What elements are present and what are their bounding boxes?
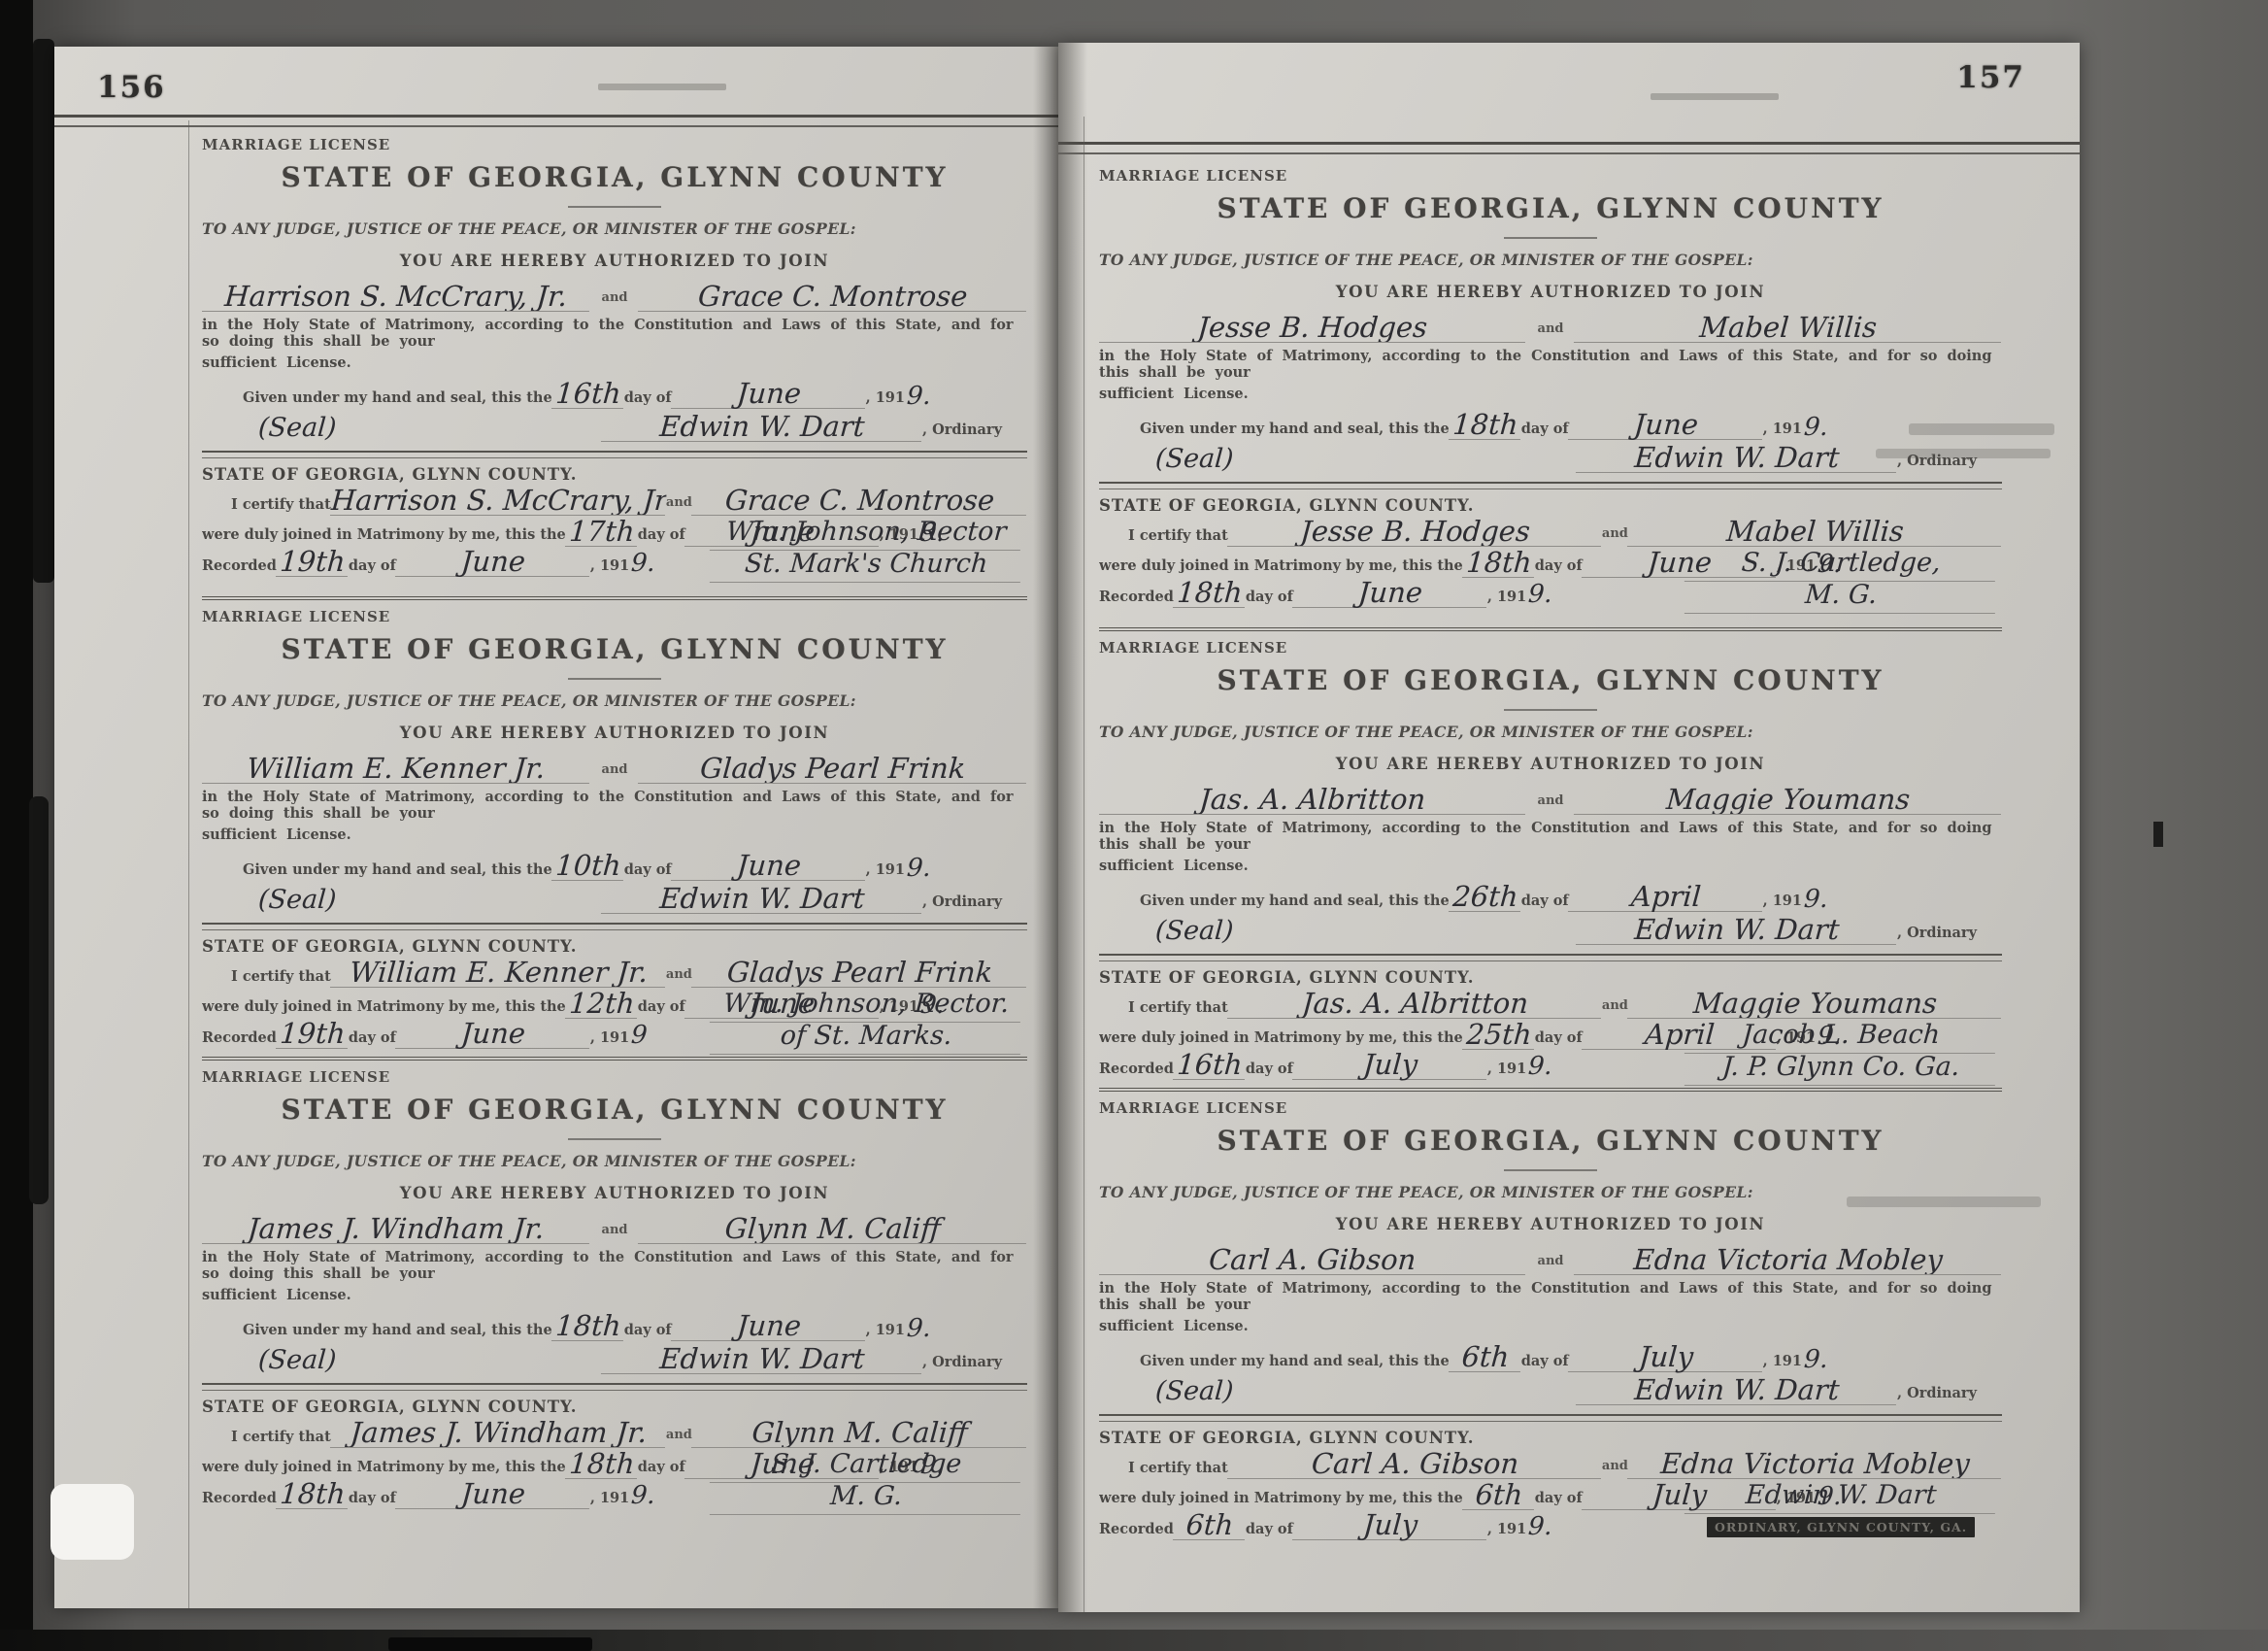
marriage-record: MARRIAGE LICENSE STATE OF GEORGIA, GLYNN… [202,136,1027,596]
authorization-line: YOU ARE HEREBY AUTHORIZED TO JOIN [202,252,1027,270]
and-label: and [1538,793,1564,815]
authorization-line: YOU ARE HEREBY AUTHORIZED TO JOIN [1099,755,2002,773]
certification-body: I certify that Jesse B. Hodges and Mabel… [1099,517,2002,608]
recorded-label: Recorded [202,1029,277,1050]
marriage-record: MARRIAGE LICENSE STATE OF GEORGIA, GLYNN… [1099,1088,2002,1548]
year-printed: , 191 [1487,589,1526,609]
ordinary-label: , Ordinary [922,421,1002,442]
license-year-digit: 9. [1801,887,1829,913]
day-of-label: day of [1521,1353,1569,1373]
heading-rule [568,1138,661,1140]
seal-mark: (Seal) [1154,446,1234,473]
day-of-label: day of [638,1459,685,1479]
day-of-label: day of [638,526,685,547]
day-of-label: day of [1535,1029,1583,1050]
recorded-date-line: Recorded 18th day of June , 191 9. [202,1479,697,1509]
officiant-signature-block: S. J. Cartledge M. G. [711,1451,1021,1515]
page-number-right: 157 [1956,60,2025,95]
couple-names-row: William E. Kenner Jr. and Gladys Pearl F… [202,754,1027,784]
year-printed: , 191 [866,389,905,410]
given-label: Given under my hand and seal, this the [202,861,552,882]
officiant-signature-block: Wm. Johnson, Rector St. Mark's Church [711,519,1021,583]
day-of-label: day of [349,1029,396,1050]
certify-label: I certify that [1099,1460,1228,1480]
section-divider-rule [1099,1414,2002,1422]
page-left-records: MARRIAGE LICENSE STATE OF GEORGIA, GLYNN… [202,136,1027,1517]
license-year-digit: 9. [1801,415,1829,441]
bride-name-certified: Gladys Pearl Frink [691,958,1027,988]
marriage-record: MARRIAGE LICENSE STATE OF GEORGIA, GLYNN… [1099,627,2002,1088]
license-day: 16th [551,379,625,409]
and-label: and [1538,321,1564,343]
recorded-day: 18th [1173,578,1247,608]
license-year-digit: 9. [1801,1347,1829,1373]
marriage-license-label: MARRIAGE LICENSE [1099,639,2002,657]
ordinary-signature: Edwin W. Dart [1576,443,1898,473]
certify-line: I certify that Harrison S. McCrary, Jr. … [202,486,1027,516]
recorded-month: June [1292,578,1488,608]
given-label: Given under my hand and seal, this the [1099,893,1450,913]
and-label: and [1602,526,1628,548]
recorded-label: Recorded [1099,1061,1174,1081]
record-heading: STATE OF GEORGIA, GLYNN COUNTY [202,161,1027,193]
section-divider-rule [1099,482,2002,489]
ordinary-label: , Ordinary [922,893,1002,914]
marriage-record: MARRIAGE LICENSE STATE OF GEORGIA, GLYNN… [202,1057,1027,1517]
officiant-signature: Wm. Johnson, Rector. [710,991,1022,1023]
recorded-label: Recorded [202,1490,277,1510]
year-printed: , 191 [1487,1061,1526,1081]
day-of-label: day of [1246,1061,1293,1081]
day-of-label: day of [624,861,672,882]
license-day: 26th [1449,882,1522,912]
license-day: 18th [551,1311,625,1341]
recorded-year-digit: 9. [628,1483,656,1509]
recorded-year-digit: 9. [628,551,656,577]
groom-name: Jesse B. Hodges [1099,313,1527,343]
officiant-title: J. P. Glynn Co. Ga. [1684,1054,1997,1086]
groom-name-certified: Jas. A. Albritton [1227,989,1603,1019]
record-heading: STATE OF GEORGIA, GLYNN COUNTY [202,1094,1027,1126]
year-printed: , 191 [590,1029,629,1050]
printer-mark [1651,93,1779,100]
day-of-label: day of [349,557,396,578]
ordinary-signature: Edwin W. Dart [601,884,923,914]
given-label: Given under my hand and seal, this the [202,389,552,410]
marriage-date-line: were duly joined in Matrimony by me, thi… [1099,1020,1750,1050]
seal-mark: (Seal) [1154,918,1234,945]
day-of-label: day of [624,389,672,410]
given-label: Given under my hand and seal, this the [1099,1353,1450,1373]
and-label: and [1538,1254,1564,1275]
bride-name-certified: Glynn M. Califf [691,1418,1027,1448]
year-printed: , 191 [1763,421,1802,441]
certify-line: I certify that Jas. A. Albritton and Mag… [1099,989,2002,1019]
matrimony-clause: in the Holy State of Matrimony, accordin… [202,317,1027,350]
section-divider-rule [202,1383,1027,1391]
couple-names-row: Jas. A. Albritton and Maggie Youmans [1099,785,2002,815]
section-divider-rule [202,923,1027,930]
license-year-digit: 9. [904,856,932,882]
seal-mark: (Seal) [257,1347,337,1374]
record-heading: STATE OF GEORGIA, GLYNN COUNTY [1099,664,2002,696]
groom-name-certified: Harrison S. McCrary, Jr. [330,486,667,516]
year-printed: , 191 [866,1322,905,1342]
certification-heading: STATE OF GEORGIA, GLYNN COUNTY. [202,937,1027,956]
sufficient-license-clause: sufficient License. [1099,386,2002,402]
recorded-day: 19th [276,547,350,577]
certify-line: I certify that Jesse B. Hodges and Mabel… [1099,517,2002,547]
seal-signature-row: (Seal) Edwin W. Dart , Ordinary [1099,443,2002,473]
salutation-line: TO ANY JUDGE, JUSTICE OF THE PEACE, OR M… [1099,723,2002,741]
bride-name-certified: Mabel Willis [1627,517,2002,547]
seal-mark: (Seal) [257,887,337,914]
license-date-line: Given under my hand and seal, this the 6… [1099,1342,2002,1372]
certify-label: I certify that [202,1429,331,1449]
certification-body: I certify that Jas. A. Albritton and Mag… [1099,989,2002,1080]
bride-name: Grace C. Montrose [638,282,1027,312]
marriage-license-label: MARRIAGE LICENSE [202,136,1027,153]
license-day: 18th [1449,410,1522,440]
certification-body: I certify that James J. Windham Jr. and … [202,1418,1027,1509]
bride-name: Maggie Youmans [1574,785,2002,815]
and-label: and [1602,998,1628,1020]
groom-name: James J. Windham Jr. [202,1214,591,1244]
couple-names-row: Harrison S. McCrary, Jr. and Grace C. Mo… [202,282,1027,312]
marriage-license-label: MARRIAGE LICENSE [1099,167,2002,185]
recorded-day: 16th [1173,1050,1247,1080]
married-day: 25th [1462,1020,1536,1050]
certify-label: I certify that [1099,999,1228,1020]
seal-signature-row: (Seal) Edwin W. Dart , Ordinary [1099,915,2002,945]
married-day: 18th [565,1449,639,1479]
film-edge-artifact [0,0,33,1651]
and-label: and [666,1428,692,1449]
bride-name-certified: Grace C. Montrose [691,486,1027,516]
authorization-line: YOU ARE HEREBY AUTHORIZED TO JOIN [1099,1215,2002,1233]
certify-label: I certify that [1099,527,1228,548]
authorization-line: YOU ARE HEREBY AUTHORIZED TO JOIN [202,724,1027,742]
page-top-rule [1058,142,2080,154]
seal-signature-row: (Seal) Edwin W. Dart , Ordinary [1099,1375,2002,1405]
license-month: June [671,851,867,881]
recorded-month: June [395,1019,591,1049]
matrimony-clause: in the Holy State of Matrimony, accordin… [1099,820,2002,853]
record-heading: STATE OF GEORGIA, GLYNN COUNTY [1099,1125,2002,1157]
seal-signature-row: (Seal) Edwin W. Dart , Ordinary [202,884,1027,914]
marriage-license-label: MARRIAGE LICENSE [202,1068,1027,1086]
license-month: June [671,1311,867,1341]
salutation-line: TO ANY JUDGE, JUSTICE OF THE PEACE, OR M… [202,1152,1027,1170]
married-day: 6th [1462,1480,1536,1510]
certification-body: I certify that Harrison S. McCrary, Jr. … [202,486,1027,577]
license-month: June [671,379,867,409]
year-printed: , 191 [1763,893,1802,913]
officiant-signature-block: Jacob L. Beach J. P. Glynn Co. Ga. [1685,1022,1996,1086]
and-label: and [666,495,692,517]
day-of-label: day of [1246,589,1293,609]
recorded-year-digit: 9. [1525,1054,1553,1080]
authorization-line: YOU ARE HEREBY AUTHORIZED TO JOIN [202,1184,1027,1202]
bride-name-certified: Edna Victoria Mobley [1627,1449,2002,1479]
officiant-title: M. G. [710,1483,1022,1515]
groom-name: Harrison S. McCrary, Jr. [202,282,591,312]
bride-name: Edna Victoria Mobley [1574,1245,2002,1275]
scan-bottom-edge [0,1630,2268,1651]
married-day: 17th [565,517,639,547]
record-heading: STATE OF GEORGIA, GLYNN COUNTY [202,633,1027,665]
ordinary-signature: Edwin W. Dart [1576,915,1898,945]
officiant-title: St. Mark's Church [710,551,1022,583]
salutation-line: TO ANY JUDGE, JUSTICE OF THE PEACE, OR M… [1099,251,2002,269]
ordinary-label: , Ordinary [1897,1385,1977,1405]
and-label: and [602,762,628,784]
year-printed: , 191 [1487,1521,1526,1541]
license-day: 6th [1449,1342,1522,1372]
groom-name-certified: Jesse B. Hodges [1227,517,1603,547]
certify-label: I certify that [202,496,331,517]
day-of-label: day of [624,1322,672,1342]
year-printed: , 191 [866,861,905,882]
license-month: June [1568,410,1764,440]
recorded-month: July [1292,1050,1488,1080]
recorded-day: 18th [276,1479,350,1509]
sufficient-license-clause: sufficient License. [1099,1318,2002,1334]
groom-name-certified: William E. Kenner Jr. [330,958,667,988]
salutation-line: TO ANY JUDGE, JUSTICE OF THE PEACE, OR M… [1099,1183,2002,1201]
certification-heading: STATE OF GEORGIA, GLYNN COUNTY. [1099,496,2002,515]
sufficient-license-clause: sufficient License. [202,1287,1027,1303]
recorded-label: Recorded [1099,589,1174,609]
license-month: April [1568,882,1764,912]
day-of-label: day of [349,1490,396,1510]
couple-names-row: James J. Windham Jr. and Glynn M. Califf [202,1214,1027,1244]
ordinary-label: , Ordinary [1897,925,1977,945]
certify-label: I certify that [202,968,331,989]
marriage-date-line: were duly joined in Matrimony by me, thi… [202,989,796,1019]
day-of-label: day of [1535,1490,1583,1510]
recorded-date-line: Recorded 16th day of July , 191 9. [1099,1050,1641,1080]
license-date-line: Given under my hand and seal, this the 2… [1099,882,2002,912]
scan-black-mark-artifact [388,1637,592,1651]
recorded-day: 19th [276,1019,350,1049]
marriage-record: MARRIAGE LICENSE STATE OF GEORGIA, GLYNN… [1099,167,2002,627]
marriage-date-line: were duly joined in Matrimony by me, thi… [1099,548,1750,578]
sufficient-license-clause: sufficient License. [1099,858,2002,874]
heading-rule [568,206,661,208]
matrimony-clause: in the Holy State of Matrimony, accordin… [202,789,1027,822]
seal-mark: (Seal) [1154,1378,1234,1405]
groom-name: Carl A. Gibson [1099,1245,1527,1275]
groom-name-certified: Carl A. Gibson [1227,1449,1603,1479]
officiant-signature: Jacob L. Beach [1684,1022,1997,1054]
printer-mark [598,84,726,90]
recorded-year-digit: 9. [1525,582,1553,608]
salutation-line: TO ANY JUDGE, JUSTICE OF THE PEACE, OR M… [202,219,1027,238]
groom-name-certified: James J. Windham Jr. [330,1418,667,1448]
marriage-license-label: MARRIAGE LICENSE [1099,1099,2002,1117]
film-edge-artifact [33,39,54,583]
ordinary-stamp: ORDINARY, GLYNN COUNTY, GA. [1707,1517,1975,1537]
sufficient-license-clause: sufficient License. [202,826,1027,843]
license-year-digit: 9. [904,384,932,410]
groom-name: William E. Kenner Jr. [202,754,591,784]
authorization-line: YOU ARE HEREBY AUTHORIZED TO JOIN [1099,283,2002,301]
and-label: and [602,1223,628,1244]
officiant-signature: S. J. Cartledge, [1684,550,1997,582]
day-of-label: day of [1535,557,1583,578]
license-month: July [1568,1342,1764,1372]
ordinary-label: , Ordinary [922,1354,1002,1374]
certification-heading: STATE OF GEORGIA, GLYNN COUNTY. [1099,1429,2002,1447]
license-date-line: Given under my hand and seal, this the 1… [1099,410,2002,440]
and-label: and [1602,1459,1628,1480]
recorded-year-digit: 9. [1525,1514,1553,1540]
ordinary-signature: Edwin W. Dart [601,412,923,442]
certification-heading: STATE OF GEORGIA, GLYNN COUNTY. [202,1398,1027,1416]
officiant-signature: Wm. Johnson, Rector [710,519,1022,551]
day-of-label: day of [1521,893,1569,913]
bride-name: Mabel Willis [1574,313,2002,343]
film-edge-artifact [29,796,49,1204]
married-day: 12th [565,989,639,1019]
marriage-date-line: were duly joined in Matrimony by me, thi… [202,517,796,547]
recorded-date-line: Recorded 19th day of June , 191 9. [202,547,697,577]
day-of-label: day of [1521,421,1569,441]
year-printed: , 191 [590,1490,629,1510]
recorded-day: 6th [1173,1510,1247,1540]
certification-heading: STATE OF GEORGIA, GLYNN COUNTY. [202,465,1027,484]
record-heading: STATE OF GEORGIA, GLYNN COUNTY [1099,192,2002,224]
officiant-signature-block: Wm. Johnson, Rector. of St. Marks. [711,991,1021,1055]
ordinary-signature: Edwin W. Dart [1576,1375,1898,1405]
and-label: and [602,290,628,312]
license-date-line: Given under my hand and seal, this the 1… [202,1311,1027,1341]
seal-mark: (Seal) [257,415,337,442]
license-date-line: Given under my hand and seal, this the 1… [202,379,1027,409]
matrimony-clause: in the Holy State of Matrimony, accordin… [202,1249,1027,1282]
officiant-signature-block: S. J. Cartledge, M. G. [1685,550,1996,614]
margin-rule [188,120,189,1608]
bride-name: Gladys Pearl Frink [638,754,1027,784]
marriage-record: MARRIAGE LICENSE STATE OF GEORGIA, GLYNN… [202,596,1027,1057]
matrimony-clause: in the Holy State of Matrimony, accordin… [1099,348,2002,381]
recorded-label: Recorded [202,557,277,578]
register-page-left: 156 MARRIAGE LICENSE STATE OF GEORGIA, G… [54,47,1058,1608]
scan-dash-artifact [2153,822,2163,847]
certify-line: I certify that James J. Windham Jr. and … [202,1418,1027,1448]
recorded-date-line: Recorded 18th day of June , 191 9. [1099,578,1641,608]
marriage-date-line: were duly joined in Matrimony by me, thi… [1099,1480,1750,1510]
officiant-signature: S. J. Cartledge [710,1451,1022,1483]
license-date-line: Given under my hand and seal, this the 1… [202,851,1027,881]
married-day: 18th [1462,548,1536,578]
officiant-title: of St. Marks. [710,1023,1022,1055]
sufficient-license-clause: sufficient License. [202,354,1027,371]
heading-rule [1504,1169,1597,1171]
section-divider-rule [1099,954,2002,961]
certification-body: I certify that Carl A. Gibson and Edna V… [1099,1449,2002,1540]
page-right-records: MARRIAGE LICENSE STATE OF GEORGIA, GLYNN… [1099,167,2002,1548]
certify-line: I certify that Carl A. Gibson and Edna V… [1099,1449,2002,1479]
recorded-date-line: Recorded 6th day of July , 191 9. [1099,1510,1641,1540]
heading-rule [1504,237,1597,239]
page-top-rule [54,115,1058,127]
salutation-line: TO ANY JUDGE, JUSTICE OF THE PEACE, OR M… [202,691,1027,710]
marriage-date-line: were duly joined in Matrimony by me, thi… [202,1449,796,1479]
scanned-register-spread: 156 MARRIAGE LICENSE STATE OF GEORGIA, G… [0,0,2268,1651]
groom-name: Jas. A. Albritton [1099,785,1527,815]
day-of-label: day of [1246,1521,1293,1541]
officiant-signature: Edwin W. Dart [1684,1482,1997,1514]
register-page-right: 157 MARRIAGE LICENSE STATE OF GEORGIA, G… [1058,43,2080,1612]
recorded-month: June [395,1479,591,1509]
couple-names-row: Carl A. Gibson and Edna Victoria Mobley [1099,1245,2002,1275]
and-label: and [666,967,692,989]
certify-line: I certify that William E. Kenner Jr. and… [202,958,1027,988]
certification-body: I certify that William E. Kenner Jr. and… [202,958,1027,1049]
seal-signature-row: (Seal) Edwin W. Dart , Ordinary [202,1344,1027,1374]
recorded-month: July [1292,1510,1488,1540]
recorded-year-digit: 9 [628,1023,648,1049]
day-of-label: day of [638,998,685,1019]
bride-name-certified: Maggie Youmans [1627,989,2002,1019]
heading-rule [1504,709,1597,711]
recorded-label: Recorded [1099,1521,1174,1541]
bride-name: Glynn M. Califf [638,1214,1027,1244]
given-label: Given under my hand and seal, this the [1099,421,1450,441]
margin-rule [1084,117,1084,1612]
year-printed: , 191 [590,557,629,578]
license-year-digit: 9. [904,1316,932,1342]
license-day: 10th [551,851,625,881]
heading-rule [568,678,661,680]
recorded-month: June [395,547,591,577]
couple-names-row: Jesse B. Hodges and Mabel Willis [1099,313,2002,343]
officiant-signature-block: Edwin W. Dart ORDINARY, GLYNN COUNTY, GA… [1685,1482,1996,1537]
seal-signature-row: (Seal) Edwin W. Dart , Ordinary [202,412,1027,442]
matrimony-clause: in the Holy State of Matrimony, accordin… [1099,1280,2002,1313]
recorded-date-line: Recorded 19th day of June , 191 9 [202,1019,697,1049]
ordinary-label: , Ordinary [1897,453,1977,473]
scan-white-notch-artifact [50,1484,134,1560]
ordinary-signature: Edwin W. Dart [601,1344,923,1374]
section-divider-rule [202,451,1027,458]
year-printed: , 191 [1763,1353,1802,1373]
given-label: Given under my hand and seal, this the [202,1322,552,1342]
page-number-left: 156 [97,70,166,105]
officiant-title: M. G. [1684,582,1997,614]
marriage-license-label: MARRIAGE LICENSE [202,608,1027,625]
certification-heading: STATE OF GEORGIA, GLYNN COUNTY. [1099,968,2002,987]
